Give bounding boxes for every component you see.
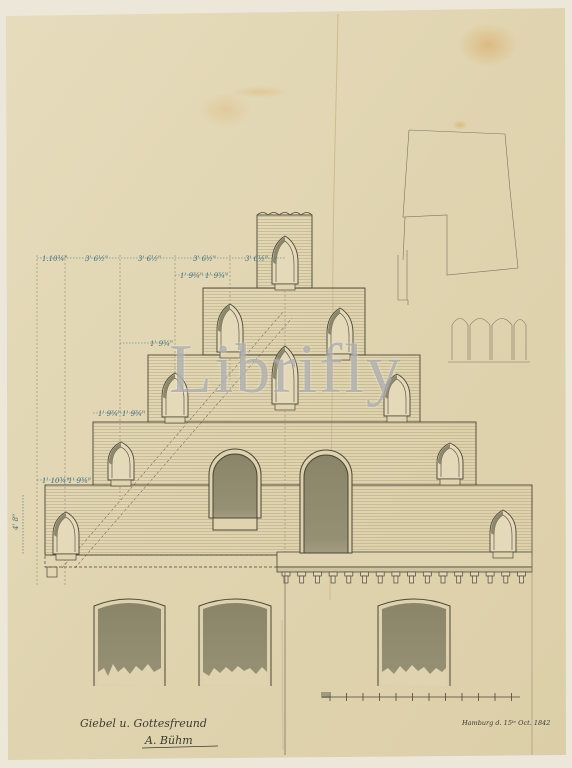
dimension-label: 1' 9¾" [205, 272, 228, 280]
date-note: Hamburg d. 15ᵗᵉ Oct. 1842 [461, 719, 550, 727]
dimension-label: 3' 6½" [245, 255, 268, 263]
dimension-label: 3' 6½" [138, 255, 161, 263]
dimension-label: 1' 9¾" [122, 410, 145, 418]
elevation-drawing: 1.10¾" 3' 6½" 3' 6½" 3' 6½" 3' 6½" 1' 9¾… [0, 0, 572, 768]
dimension-label: 1.10¾" [42, 255, 68, 263]
dimension-label: 1' 10¾" [42, 477, 70, 485]
dimension-label: 1' 9¾" [68, 477, 91, 485]
dimension-label: 3' 6½" [193, 255, 216, 263]
drawing-sheet: 1.10¾" 3' 6½" 3' 6½" 3' 6½" 3' 6½" 1' 9¾… [0, 0, 572, 768]
gothic-window-icon [437, 443, 463, 485]
dimension-label: 1' 9¾" [180, 272, 203, 280]
signature-text: A. Bühm [144, 734, 193, 747]
dimension-label: 4' 8" [12, 514, 20, 531]
caption-text: Giebel u. Gottesfreund [80, 717, 207, 730]
dimension-label: 3' 6½" [85, 255, 108, 263]
dimension-label: 1' 9¾" [98, 410, 121, 418]
dimension-label: 1' 9¾" [150, 340, 173, 348]
